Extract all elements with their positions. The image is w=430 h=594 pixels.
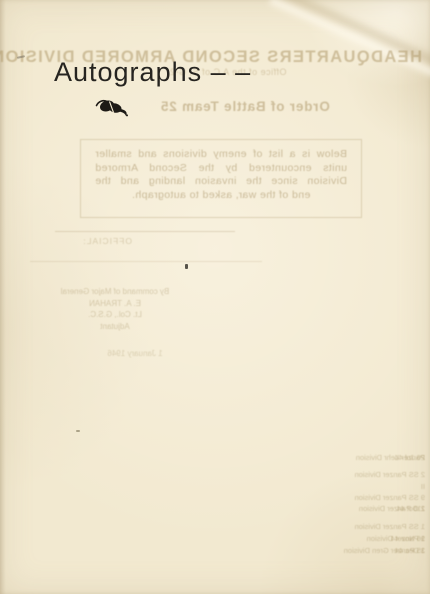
bleedthrough-unit: 9 SS Panzer Division (355, 492, 425, 503)
bleedthrough-signature-line: By command of Major General (50, 286, 180, 298)
bleedthrough-signature-line: Lt. Col., G.S.C. (50, 309, 180, 321)
bleedthrough-box-line: end of the war, asked to autograph. (95, 189, 347, 203)
bleedthrough-date: 2 Oct 44 (397, 503, 425, 514)
bleedthrough-date: 16 Nov 44 (391, 533, 425, 544)
bleedthrough-list-row: II (153, 481, 425, 492)
bleedthrough-unit: 2 SS Panzer Division (355, 469, 425, 480)
bleedthrough-rule (55, 231, 235, 232)
bleedthrough-list-row: 9 SS Panzer Division (153, 492, 425, 503)
scanned-autographs-page: HEADQUARTERS SECOND ARMORED DIVISION Off… (0, 0, 430, 594)
bleedthrough-date: 26 Jul 44 (395, 452, 425, 463)
bleedthrough-layer: HEADQUARTERS SECOND ARMORED DIVISION Off… (0, 0, 430, 594)
bleedthrough-signature-line: Adjutant (50, 321, 180, 333)
bleedthrough-official-line: OFFICIAL: (50, 236, 132, 246)
bleedthrough-list-row: Panzer Lehr Division 26 Jul 44 (153, 452, 425, 463)
bleedthrough-text-box: Below is a list of enemy divisions and s… (80, 139, 362, 218)
bleedthrough-date: 3 Dec 44 (395, 545, 425, 556)
bleedthrough-rule (30, 261, 262, 262)
bleedthrough-unit: 1 SS Panzer Division (355, 521, 425, 532)
bleedthrough-unit-list: Panzer Lehr Division 26 Jul 44 2 SS Panz… (153, 452, 425, 556)
bleedthrough-list-row: 9 Panzer Division 16 Nov 44 (153, 533, 425, 544)
bleedthrough-list-row: 15 Panzer Gren Division 3 Dec 44 (153, 545, 425, 556)
bleedthrough-signature-block: By command of Major General E. A. TRAHAN… (50, 286, 180, 332)
bleedthrough-team-line: Order of Battle Team 25 (158, 99, 332, 114)
bleedthrough-box-line: units encountered by the Second Armored (95, 162, 347, 176)
bleedthrough-signature-line: E. A. TRAHAN (50, 298, 180, 310)
bleedthrough-unit: 116 Panzer Division (359, 503, 425, 514)
ink-speck (185, 264, 188, 269)
bleedthrough-date: II (421, 481, 425, 492)
bleedthrough-list-row: 116 Panzer Division 2 Oct 44 (153, 503, 425, 514)
bleedthrough-date-fragment: 1 January 1946 (70, 349, 200, 358)
bleedthrough-unit: 15 Panzer Gren Division (344, 545, 425, 556)
page-title: Autographs – – (54, 57, 251, 88)
bleedthrough-list-row: 1 SS Panzer Division (153, 521, 425, 532)
bleedthrough-box-line: Below is a list of enemy divisions and s… (95, 148, 347, 162)
bleedthrough-box-line: Division since the invasion landing and … (95, 175, 347, 189)
bleedthrough-list-row: 2 SS Panzer Division (153, 469, 425, 480)
ink-speck (76, 430, 80, 432)
bleedthrough-unit: Panzer Lehr Division (356, 452, 425, 463)
pencil-mark (17, 55, 25, 59)
bleedthrough-unit: 9 Panzer Division (367, 533, 425, 544)
fleuron-leaf-icon (94, 96, 130, 118)
